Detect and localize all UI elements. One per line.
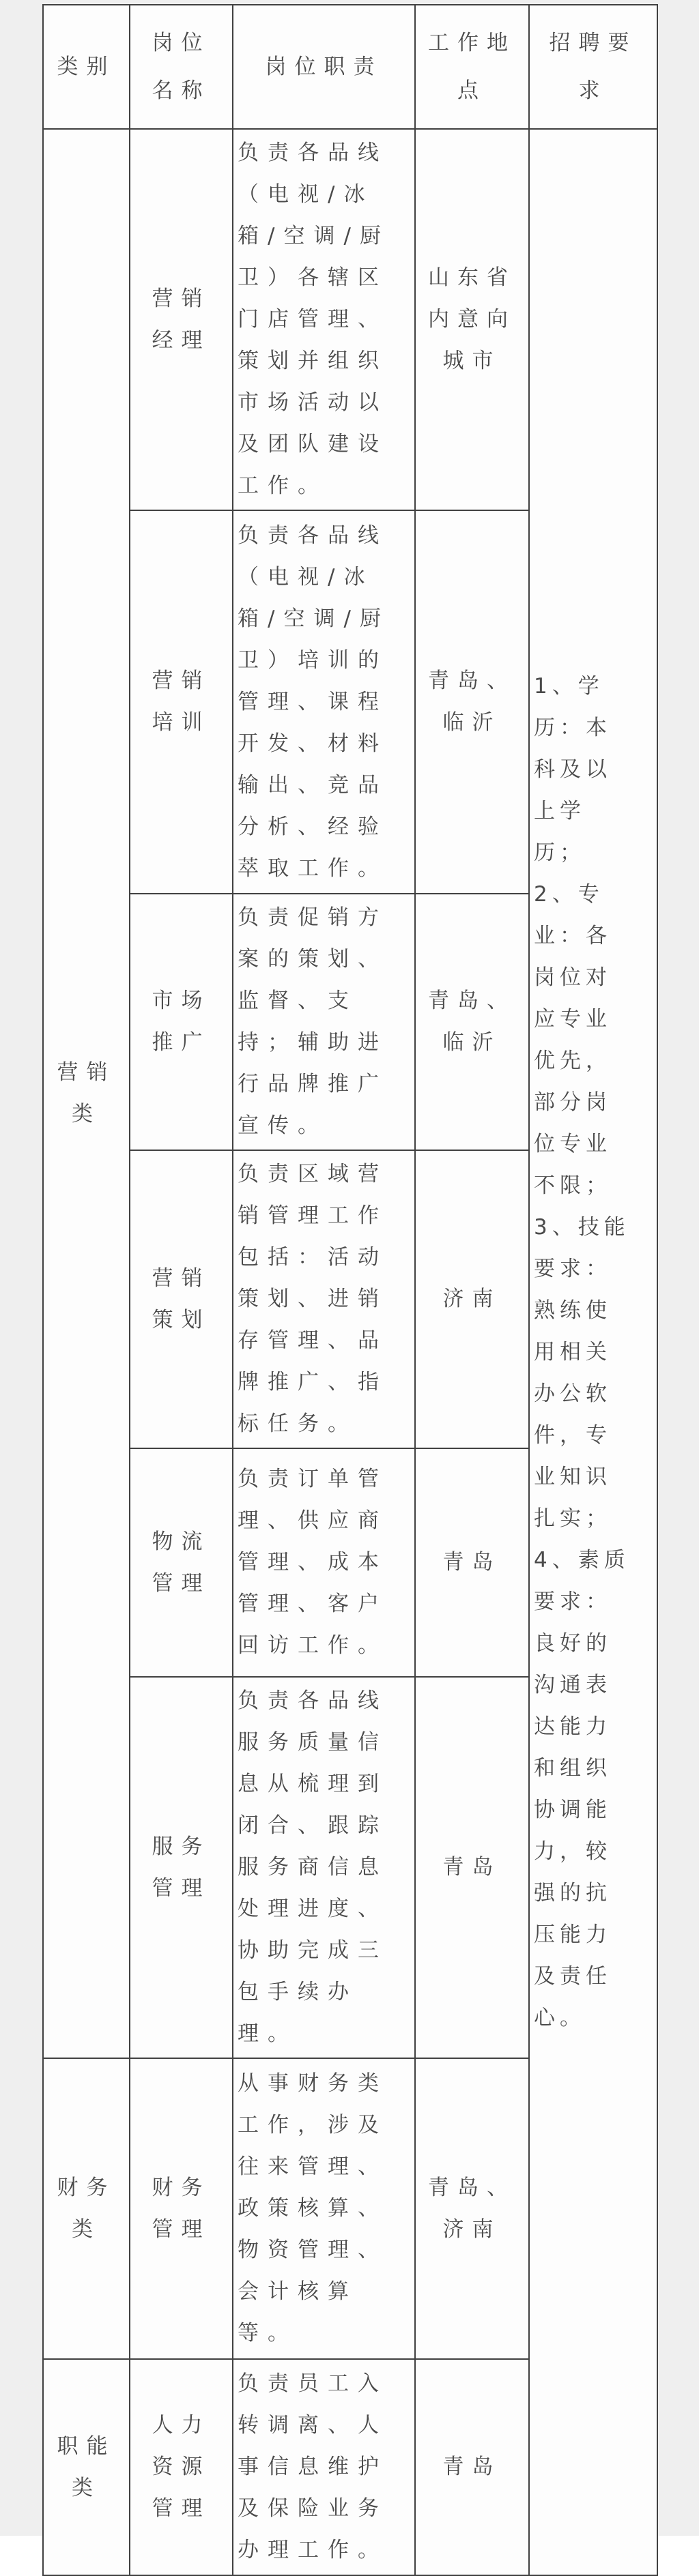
location-cell: 青岛 [415, 2359, 529, 2575]
position-name-cell: 营销 培训 [130, 510, 233, 894]
location-cell: 青岛 [415, 1448, 529, 1677]
job-table: 类别 岗位 名称 岗位职责 工作地 点 招聘要 求 营销 类 营销 经理 负责各… [42, 4, 658, 2576]
location-cell: 青岛 [415, 1677, 529, 2058]
header-position-name: 岗位 名称 [130, 5, 233, 129]
header-row: 类别 岗位 名称 岗位职责 工作地 点 招聘要 求 [43, 5, 657, 129]
location-cell: 青岛、 济南 [415, 2058, 529, 2359]
location-cell: 山东省 内意向 城市 [415, 129, 529, 510]
duty-cell: 负责促销方 案的策划、 监督、支 持；辅助进 行品牌推广 宣传。 [233, 894, 415, 1150]
position-name-cell: 营销 经理 [130, 129, 233, 510]
duty-cell: 从事财务类 工作，涉及 往来管理、 政策核算、 物资管理、 会计核算 等。 [233, 2058, 415, 2359]
duty-cell: 负责区域营 销管理工作 包括：活动 策划、进销 存管理、品 牌推广、指 标任务。 [233, 1150, 415, 1448]
duty-cell: 负责员工入 转调离、人 事信息维护 及保险业务 办理工作。 [233, 2359, 415, 2575]
header-duty: 岗位职责 [233, 5, 415, 129]
table-row: 营销 类 营销 经理 负责各品线 （电视/冰 箱/空调/厨 卫）各辖区 门店管理… [43, 129, 657, 510]
duty-cell: 负责各品线 （电视/冰 箱/空调/厨 卫）各辖区 门店管理、 策划并组织 市场活… [233, 129, 415, 510]
location-cell: 青岛、 临沂 [415, 510, 529, 894]
category-cell-finance: 财务 类 [43, 2058, 130, 2359]
header-requirements: 招聘要 求 [529, 5, 657, 129]
position-name-cell: 人力 资源 管理 [130, 2359, 233, 2575]
location-cell: 青岛、 临沂 [415, 894, 529, 1150]
position-name-cell: 财务 管理 [130, 2058, 233, 2359]
location-cell: 济南 [415, 1150, 529, 1448]
position-name-cell: 物流 管理 [130, 1448, 233, 1677]
duty-cell: 负责订单管 理、供应商 管理、成本 管理、客户 回访工作。 [233, 1448, 415, 1677]
page: 类别 岗位 名称 岗位职责 工作地 点 招聘要 求 营销 类 营销 经理 负责各… [0, 0, 699, 2536]
header-category: 类别 [43, 5, 130, 129]
position-name-cell: 营销 策划 [130, 1150, 233, 1448]
duty-cell: 负责各品线 （电视/冰 箱/空调/厨 卫）培训的 管理、课程 开发、材料 输出、… [233, 510, 415, 894]
category-cell-marketing: 营销 类 [43, 129, 130, 2058]
category-cell-functional: 职能 类 [43, 2359, 130, 2575]
requirements-cell: 1、学 历：本 科及以 上学 历； 2、专 业：各 岗位对 应专业 优先， 部分… [529, 129, 657, 2575]
header-location: 工作地 点 [415, 5, 529, 129]
position-name-cell: 市场 推广 [130, 894, 233, 1150]
position-name-cell: 服务 管理 [130, 1677, 233, 2058]
duty-cell: 负责各品线 服务质量信 息从梳理到 闭合、跟踪 服务商信息 处理进度、 协助完成… [233, 1677, 415, 2058]
